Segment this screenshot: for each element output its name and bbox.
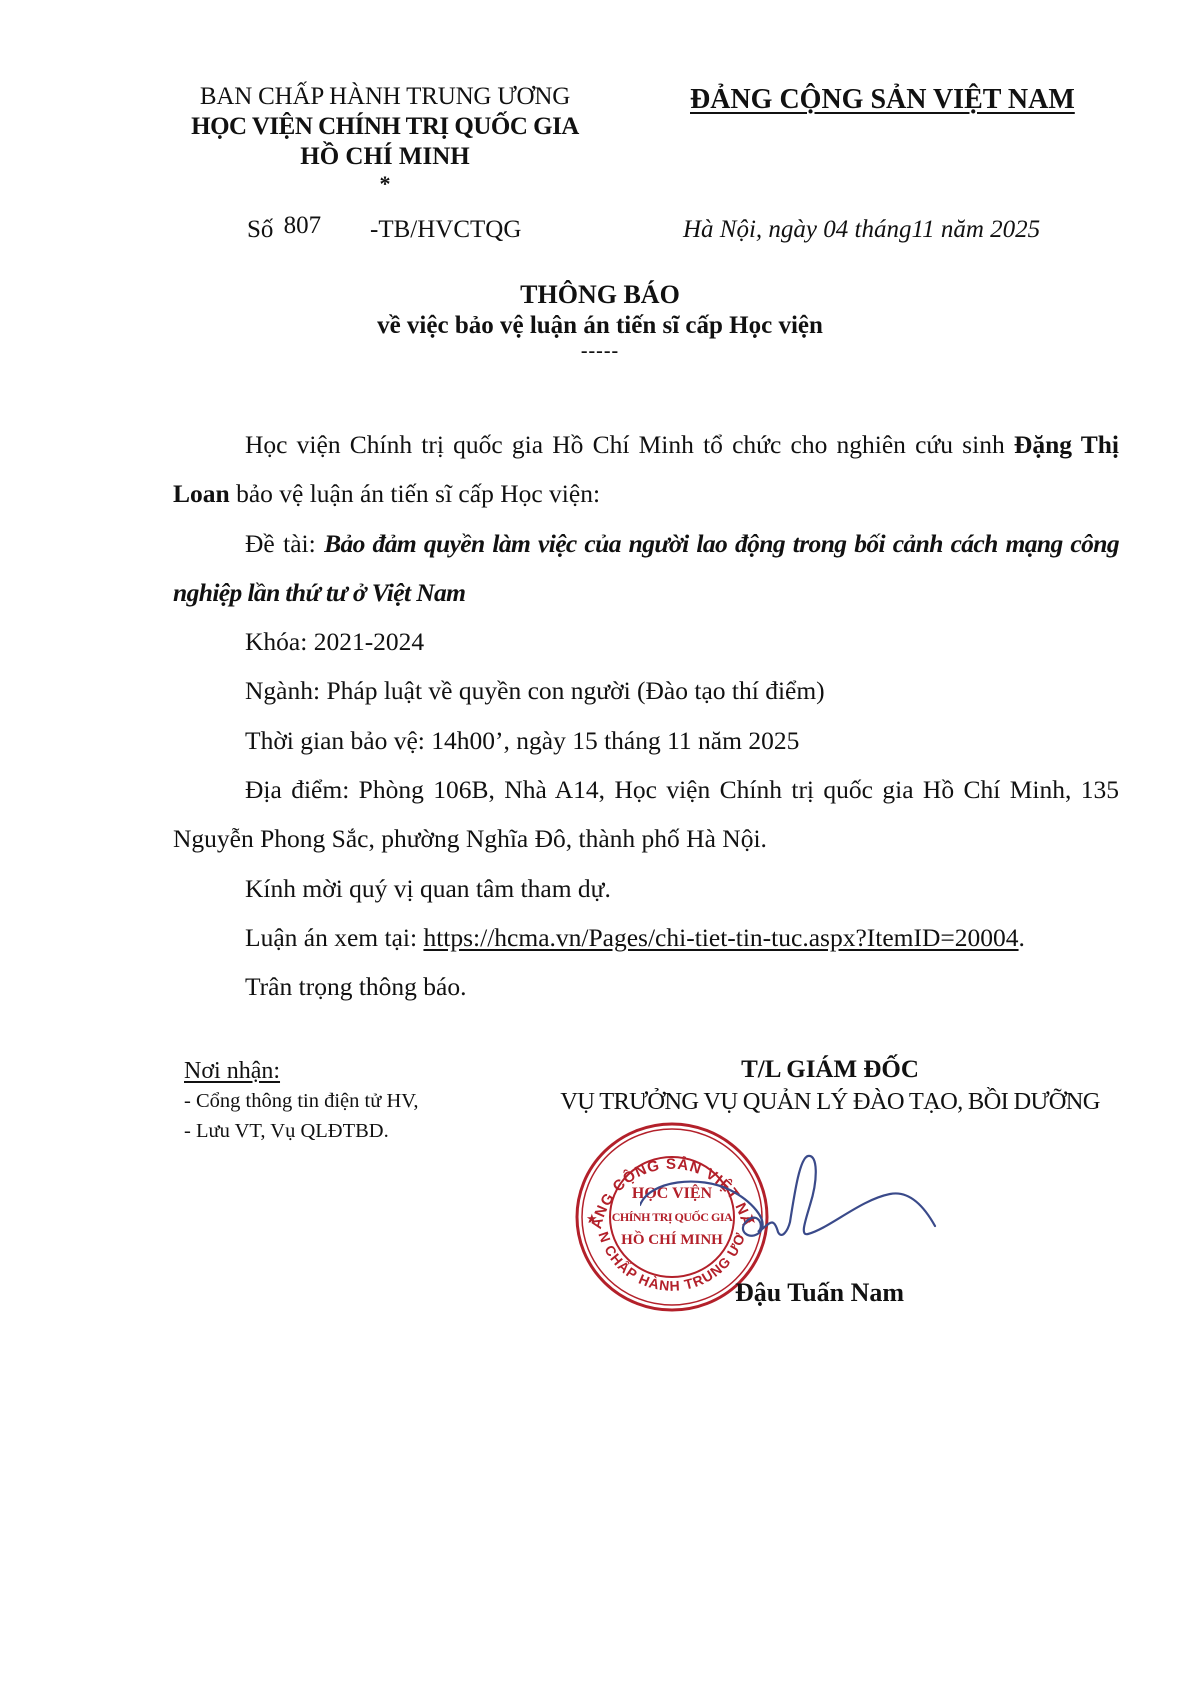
document-subtitle: về việc bảo vệ luận án tiến sĩ cấp Học v… [0, 312, 1200, 340]
signer-name: Đậu Tuấn Nam [735, 1278, 904, 1308]
handwritten-signature-icon [640, 1150, 940, 1260]
svg-text:★: ★ [586, 1211, 598, 1226]
party-name: ĐẢNG CỘNG SẢN VIỆT NAM [690, 84, 1075, 116]
issuing-organization: BAN CHẤP HÀNH TRUNG ƯƠNG HỌC VIỆN CHÍNH … [150, 82, 620, 194]
recipient-item: - Cổng thông tin điện tử HV, [184, 1086, 419, 1116]
document-code: -TB/HVCTQG [370, 216, 521, 244]
topic-label: Đề tài: [245, 529, 324, 558]
thesis-link-end: . [1019, 923, 1025, 952]
signature-title: T/L GIÁM ĐỐC [630, 1056, 1030, 1084]
org-parent: BAN CHẤP HÀNH TRUNG ƯƠNG [150, 82, 620, 112]
recipients: Nơi nhận: - Cổng thông tin điện tử HV, -… [184, 1057, 419, 1146]
thesis-link[interactable]: https://hcma.vn/Pages/chi-tiet-tin-tuc.a… [423, 923, 1018, 952]
topic-paragraph: Đề tài: Bảo đảm quyền làm việc của người… [173, 519, 1119, 618]
intro-paragraph: Học viện Chính trị quốc gia Hồ Chí Minh … [173, 420, 1119, 519]
major: Ngành: Pháp luật về quyền con người (Đào… [173, 666, 1119, 715]
title-separator: ----- [0, 340, 1200, 363]
org-name-line2: HỒ CHÍ MINH [150, 142, 620, 172]
doc-number-value: 807 [284, 212, 322, 239]
thesis-link-label: Luận án xem tại: [245, 923, 423, 952]
document-body: Học viện Chính trị quốc gia Hồ Chí Minh … [173, 420, 1119, 1012]
intro-text: Học viện Chính trị quốc gia Hồ Chí Minh … [245, 430, 1005, 459]
intro-rest: bảo vệ luận án tiến sĩ cấp Học viện: [230, 479, 600, 508]
star-separator: * [150, 174, 620, 194]
closing: Trân trọng thông báo. [173, 962, 1119, 1011]
recipient-item: - Lưu VT, Vụ QLĐTBD. [184, 1116, 419, 1146]
location: Địa điểm: Phòng 106B, Nhà A14, Học viện … [173, 765, 1119, 864]
doc-number-prefix: Số [247, 216, 273, 243]
signature-position: VỤ TRƯỞNG VỤ QUẢN LÝ ĐÀO TẠO, BỒI DƯỠNG [530, 1088, 1130, 1116]
document-number: Số 807 [247, 216, 321, 244]
recipients-heading: Nơi nhận: [184, 1057, 419, 1086]
date-line: Hà Nội, ngày 04 tháng11 năm 2025 [683, 216, 1040, 244]
course: Khóa: 2021-2024 [173, 617, 1119, 666]
document-title: THÔNG BÁO [0, 280, 1200, 310]
org-name-line1: HỌC VIỆN CHÍNH TRỊ QUỐC GIA [150, 112, 620, 142]
invitation: Kính mời quý vị quan tâm tham dự. [173, 864, 1119, 913]
thesis-link-paragraph: Luận án xem tại: https://hcma.vn/Pages/c… [173, 913, 1119, 962]
defense-time: Thời gian bảo vệ: 14h00’, ngày 15 tháng … [173, 716, 1119, 765]
